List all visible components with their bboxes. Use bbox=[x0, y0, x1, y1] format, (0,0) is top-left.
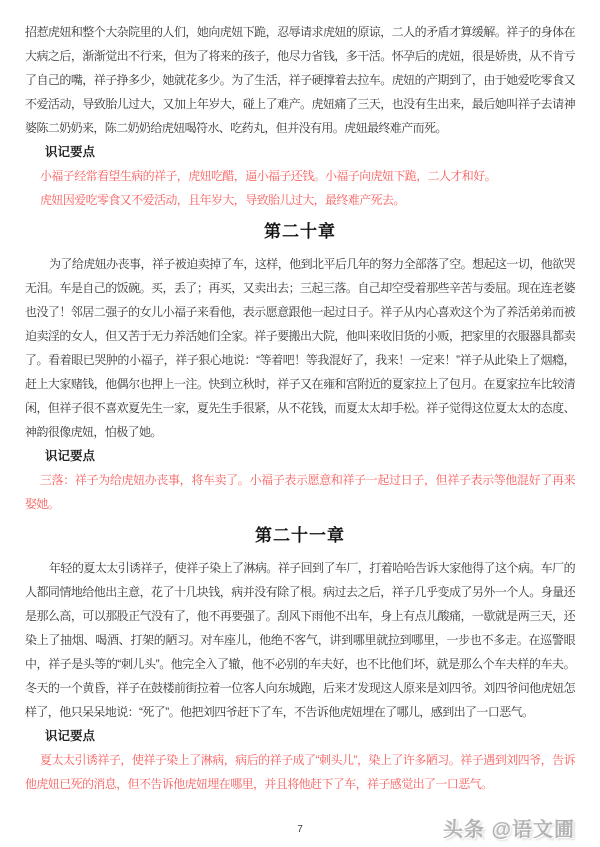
chapter-21-body: 年轻的夏太太引诱祥子，使祥子染上了淋病。祥子回到了车厂，打着哈哈告诉大家他得了这… bbox=[25, 556, 575, 724]
keypoint-item: 小福子经常看望生病的祥子，虎妞吃醋，逼小福子还钱。小福子向虎妞下跪，二人才和好。 bbox=[25, 164, 575, 188]
keypoint-item: 三落：祥子为给虎妞办丧事，将车卖了。小福子表示愿意和祥子一起过日子，但祥子表示等… bbox=[25, 468, 575, 516]
chapter-21-title: 第二十一章 bbox=[25, 524, 575, 548]
keypoints-heading-1: 识记要点 bbox=[25, 140, 575, 164]
keypoint-item: 夏太太引诱祥子，使祥子染上了淋病，病后的祥子成了“刺头儿”，染上了许多陋习。祥子… bbox=[25, 748, 575, 796]
chapter-20-title: 第二十章 bbox=[25, 220, 575, 244]
intro-paragraph: 招惹虎妞和整个大杂院里的人们，她向虎妞下跪，忍辱请求虎妞的原谅，二人的矛盾才算缓… bbox=[25, 20, 575, 140]
document-page: 招惹虎妞和整个大杂院里的人们，她向虎妞下跪，忍辱请求虎妞的原谅，二人的矛盾才算缓… bbox=[0, 0, 600, 796]
toutiao-watermark: 头条 @语文圃 bbox=[443, 813, 575, 842]
keypoints-heading-2: 识记要点 bbox=[25, 444, 575, 468]
keypoint-item: 虎妞因爱吃零食又不爱活动，且年岁大，导致胎儿过大，最终难产死去。 bbox=[25, 188, 575, 212]
keypoints-heading-3: 识记要点 bbox=[25, 724, 575, 748]
chapter-20-body: 为了给虎妞办丧事，祥子被迫卖掉了车，这样，他到北平后几年的努力全部落了空。想起这… bbox=[25, 252, 575, 444]
